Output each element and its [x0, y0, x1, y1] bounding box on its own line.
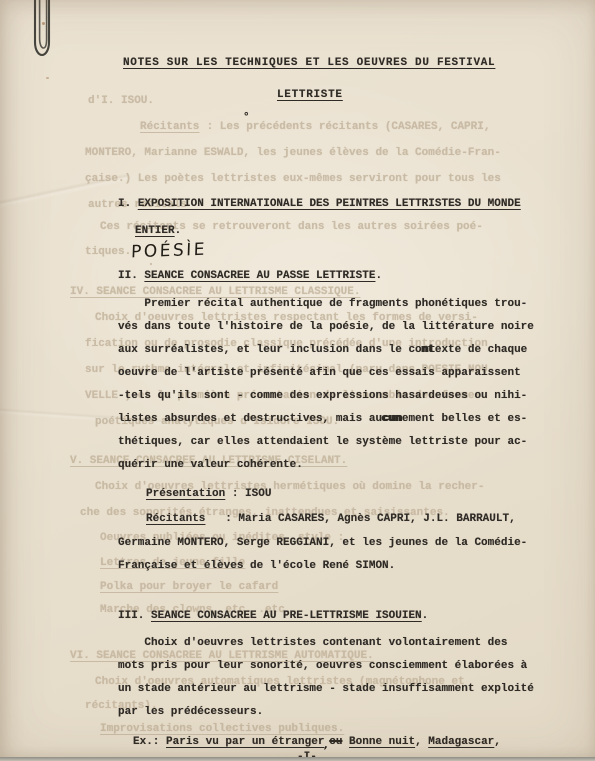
text-segment: oeuvre de l'artiste présenté afin que ce… [118, 367, 521, 379]
doc-title-line-1: NOTES SUR LES TECHNIQUES ET LES OEUVRES … [123, 57, 495, 70]
text-segment: aux surréalistes, et leur inclusion dans… [118, 344, 422, 356]
recitants-line-2: Germaine MONTERO, Serge REGGIANI, et les… [118, 537, 527, 550]
section-2-para-line-7: thétiques, car elles attendaient le syst… [118, 436, 527, 449]
underlined-text: Récitants [146, 513, 205, 525]
text-segment: . [375, 270, 382, 282]
text-segment: mots pris pour leur sonorité, oeuvres co… [118, 660, 527, 672]
degree-mark: ° [243, 112, 250, 125]
text-segment: , [415, 736, 428, 748]
section-1-heading-line-1: I. EXPOSITION INTERNATIONALE DES PEINTRE… [118, 198, 521, 211]
text-segment: -tels qu'ils sont - comme des expression… [118, 390, 527, 402]
handwritten-annotation: POÉSÌE [131, 240, 208, 263]
recitants-line-1: Récitants : Maria CASARES, Agnès CAPRI, … [146, 513, 516, 526]
recitants-line-3: Française et élèves de l'école René SIMO… [118, 560, 395, 573]
text-segment: nt [422, 344, 435, 356]
text-segment: vés dans toute l'histoire de la poésie, … [118, 321, 534, 333]
underlined-text: NOTES SUR LES TECHNIQUES ET LES OEUVRES … [123, 57, 495, 69]
section-2-para-line-2: vés dans toute l'histoire de la poésie, … [118, 321, 534, 334]
paper-speck [150, 263, 152, 265]
section-3-para-line-1: Choix d'oeuvres lettristes contenant vol… [118, 637, 507, 650]
section-2-para-line-1: Premier récital authentique de fragments… [118, 298, 527, 311]
underlined-text: Bonne nuit [349, 736, 415, 748]
example-line: Ex.: Paris vu par un étranger,ou Bonne n… [133, 733, 501, 749]
underlined-text: Paris vu par un étranger [166, 736, 324, 748]
text-segment: ement belles et es- [402, 413, 527, 425]
text-segment: I. [118, 198, 138, 210]
bleed-through-line: Récitants [140, 121, 199, 134]
text-segment: thétiques, car elles attendaient le syst… [118, 436, 527, 448]
paper-speck [46, 77, 49, 79]
text-segment: . [422, 610, 429, 622]
bleed-through-line: d'I. ISOU. [88, 95, 154, 108]
text-segment: Française et élèves de l'école René SIMO… [118, 560, 395, 572]
presentation-line: Présentation : ISOU [146, 488, 271, 501]
section-3-para-line-4: par les prédécesseurs. [118, 706, 263, 719]
section-2-para-line-3: aux surréalistes, et leur inclusion dans… [118, 344, 527, 357]
underlined-text: SEANCE CONSACREE AU PRE-LETTRISME ISOUIE… [151, 610, 422, 622]
text-segment: un stade antérieur au lettrisme - stade … [118, 683, 534, 695]
section-2-para-line-6: listes absurdes et destructives, mais au… [118, 413, 527, 426]
bleed-through-line: MONTERO, Marianne ESWALD, les jeunes élè… [85, 147, 501, 160]
underlined-text: Madagascar [428, 736, 494, 748]
section-3-para-line-2: mots pris pour leur sonorité, oeuvres co… [118, 660, 527, 673]
section-3-para-line-3: un stade antérieur au lettrisme - stade … [118, 683, 534, 696]
underlined-text: ENTIER [135, 225, 175, 237]
struck-out-text: ou [329, 736, 342, 748]
doc-title-line-2: LETTRISTE [277, 89, 343, 102]
paper-crease [0, 153, 133, 229]
text-segment: Premier récital authentique de fragments… [118, 298, 527, 310]
section-2-para-line-8: quérir une valeur cohérente. [118, 459, 303, 472]
text-segment: cun [382, 413, 402, 425]
scan-bottom-edge [0, 757, 595, 761]
text-segment: quérir une valeur cohérente. [118, 459, 303, 471]
section-2-para-line-5: -tels qu'ils sont - comme des expression… [118, 390, 527, 403]
text-segment: listes absurdes et destructives, mais au [118, 413, 382, 425]
paperclip-icon [30, 0, 54, 62]
section-3-heading: III. SEANCE CONSACREE AU PRE-LETTRISME I… [118, 610, 428, 623]
bleed-through-line: Polka pour broyer le cafard [100, 581, 278, 594]
text-segment: Germaine MONTERO, Serge REGGIANI, et les… [118, 537, 527, 549]
text-segment: par les prédécesseurs. [118, 706, 263, 718]
text-segment: Ex.: [133, 736, 166, 748]
section-1-heading-line-2: ENTIER. [135, 225, 181, 238]
text-segment: Choix d'oeuvres lettristes contenant vol… [118, 637, 507, 649]
text-segment: ° [243, 112, 250, 124]
bleed-through-line: çaise.) Les poètes lettristes eux-mêmes … [85, 173, 501, 186]
text-segment: exte de chaque [435, 344, 527, 356]
section-2-para-line-4: oeuvre de l'artiste présenté afin que ce… [118, 367, 521, 380]
text-segment: II. [118, 270, 144, 282]
text-segment: . [175, 225, 182, 237]
underlined-text: LETTRISTE [277, 89, 343, 101]
text-segment: , [494, 736, 501, 748]
text-segment: : Maria CASARES, Agnès CAPRI, J.L. BARRA… [205, 513, 515, 525]
underlined-text: Présentation [146, 488, 225, 500]
text-segment: : ISOU [225, 488, 271, 500]
paper-sheet: d'I. ISOU.Récitants : Les précédents réc… [0, 0, 595, 757]
bleed-through-line: tiques. [85, 246, 131, 259]
underlined-text: EXPOSITION INTERNATIONALE DES PEINTRES L… [138, 198, 521, 210]
text-segment: III. [118, 610, 151, 622]
underlined-text: SEANCE CONSACREE AU PASSE LETTRISTE [144, 270, 375, 282]
section-2-heading: II. SEANCE CONSACREE AU PASSE LETTRISTE. [118, 270, 382, 283]
